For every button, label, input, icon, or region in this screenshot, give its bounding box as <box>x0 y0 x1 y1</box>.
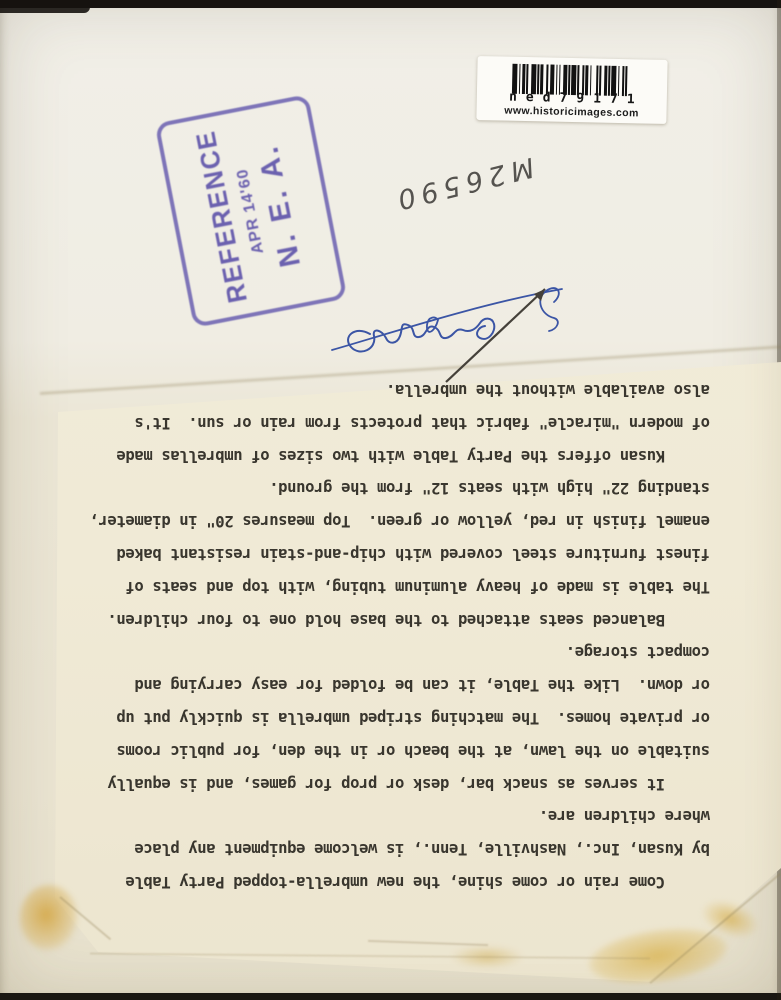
caption-line: or private homes. The matching striped u… <box>62 701 710 734</box>
barcode-sticker: ned79171 www.historicimages.com <box>476 56 667 124</box>
caption-text: Come rain or come shine, the new umbrell… <box>62 370 710 898</box>
caption-line: of modern "miracle" fabric that protects… <box>62 406 710 439</box>
photo-bottom-edge <box>0 993 781 1000</box>
caption-line: enamel finish in red, yellow or green. T… <box>62 504 710 537</box>
caption-line: by Kusan, Inc., Nashville, Tenn., is wel… <box>62 832 710 865</box>
caption-line: The table is made of heavy aluminum tubi… <box>62 570 710 603</box>
caption-line: or down. Like the Table, it can be folde… <box>62 668 710 701</box>
press-photo-back: Come rain or come shine, the new umbrell… <box>0 0 781 1000</box>
caption-line: standing 22" high with seats 12" from th… <box>62 472 710 505</box>
photo-top-edge <box>0 0 781 8</box>
caption-line: Balanced seats attached to the base hold… <box>62 603 710 636</box>
caption-line: Come rain or come shine, the new umbrell… <box>62 865 710 898</box>
caption-line: suitable on the lawn, at the beach or in… <box>62 734 710 767</box>
signature-ink-icon <box>318 272 574 392</box>
caption-line: where children are. <box>62 800 710 833</box>
caption-line: compact storage. <box>62 636 710 669</box>
photo-top-left-edge <box>0 0 90 13</box>
pencil-number: M26590 <box>386 150 539 216</box>
barcode-url: www.historicimages.com <box>504 105 639 120</box>
caption-line: It serves as snack bar, desk or prop for… <box>62 767 710 800</box>
caption-line: finest furniture steel covered with chip… <box>62 537 710 570</box>
caption-line: Kusan offers the Party Table with two si… <box>62 439 710 472</box>
